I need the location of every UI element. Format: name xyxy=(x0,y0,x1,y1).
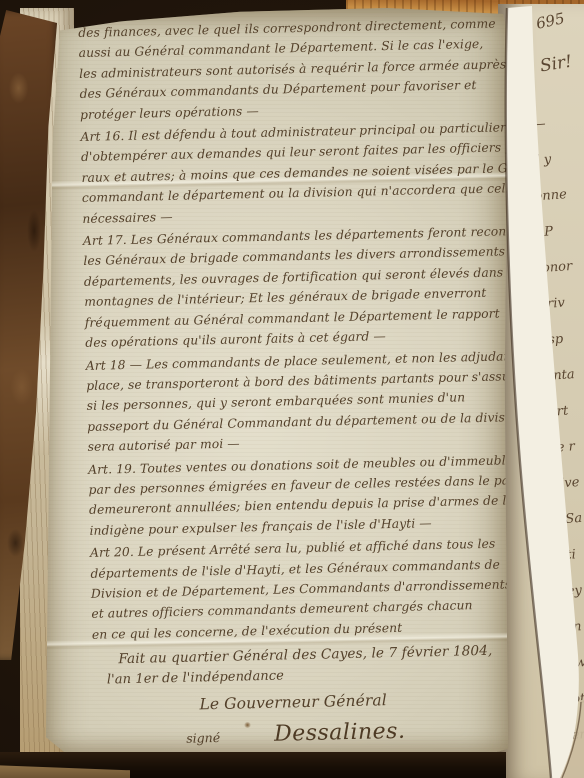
signed-label: signé xyxy=(186,730,220,746)
signature-dessalines: Dessalines. xyxy=(274,719,406,747)
text-fragment: they xyxy=(552,572,584,611)
facing-page-number: 695 xyxy=(534,9,566,33)
text-fragment: al P xyxy=(527,213,571,252)
text-fragment: Win xyxy=(555,608,584,647)
text-fragment: arriv xyxy=(532,285,576,324)
manuscript-page: des finances, avec le quel ils correspon… xyxy=(46,8,508,756)
text-fragment: brive xyxy=(545,464,584,503)
text-fragment: ner xyxy=(562,716,584,755)
text-fragment: conta xyxy=(537,357,581,396)
facing-page: 695 Sir! lo— lid y Sonne al P Honor arri… xyxy=(498,4,584,778)
text-fragment: lid y xyxy=(522,141,566,180)
governor-general-line: Le Gouverneur Général xyxy=(199,687,515,715)
facing-page-text-fragments: lo— lid y Sonne al P Honor arriv insp co… xyxy=(519,105,584,754)
text-fragment: lo— xyxy=(519,105,563,144)
text-fragment: of w xyxy=(557,644,584,683)
text-fragment: Arti xyxy=(550,536,584,575)
text-fragment: to Sa xyxy=(547,500,584,539)
text-fragment: Sonne xyxy=(524,177,568,216)
photo-scene: 695 Sir! lo— lid y Sonne al P Honor arri… xyxy=(0,0,584,778)
text-fragment: part xyxy=(540,393,584,432)
manuscript-text: des finances, avec le quel ils correspon… xyxy=(78,13,516,751)
text-fragment: Not xyxy=(560,680,584,719)
text-fragment: the r xyxy=(542,429,584,468)
facing-page-salutation: Sir! xyxy=(539,52,574,77)
text-fragment: insp xyxy=(535,321,579,360)
text-fragment: Honor xyxy=(529,249,573,288)
